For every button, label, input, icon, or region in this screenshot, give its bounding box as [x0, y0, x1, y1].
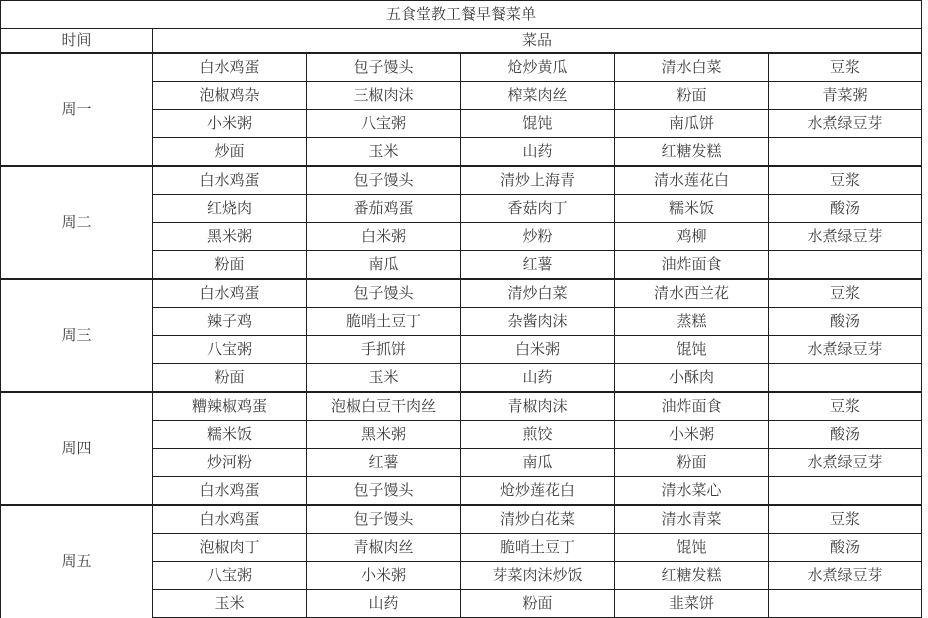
dish-cell: 清水白菜 — [615, 53, 769, 82]
dish-cell: 白米粥 — [307, 223, 461, 251]
dish-cell: 清水菜心 — [615, 477, 769, 506]
header-row: 时间 菜品 — [1, 29, 922, 54]
dish-cell: 山药 — [461, 138, 615, 167]
dish-cell — [769, 590, 922, 618]
dish-cell — [769, 477, 922, 506]
dish-cell: 手抓饼 — [307, 336, 461, 364]
dish-cell: 八宝粥 — [153, 562, 307, 590]
dish-cell: 粉面 — [153, 251, 307, 280]
dish-cell: 小米粥 — [307, 562, 461, 590]
day-label: 周五 — [1, 505, 153, 618]
menu-title: 五食堂教工餐早餐菜单 — [1, 1, 922, 29]
dish-cell: 水煮绿豆芽 — [769, 223, 922, 251]
dish-cell: 白水鸡蛋 — [153, 53, 307, 82]
dish-cell: 白水鸡蛋 — [153, 279, 307, 308]
dish-cell: 番茄鸡蛋 — [307, 195, 461, 223]
dish-cell: 黑米粥 — [307, 421, 461, 449]
dish-cell: 酸汤 — [769, 534, 922, 562]
dish-cell: 清炒白花菜 — [461, 505, 615, 534]
dish-cell: 酸汤 — [769, 421, 922, 449]
dish-cell: 小米粥 — [153, 110, 307, 138]
title-row: 五食堂教工餐早餐菜单 — [1, 1, 922, 29]
time-column-header: 时间 — [1, 29, 153, 54]
day-label: 周二 — [1, 166, 153, 279]
dish-cell: 白水鸡蛋 — [153, 477, 307, 506]
dish-cell: 炒河粉 — [153, 449, 307, 477]
dish-cell: 南瓜饼 — [615, 110, 769, 138]
dish-cell: 豆浆 — [769, 53, 922, 82]
dish-cell: 杂酱肉沫 — [461, 308, 615, 336]
dish-cell: 青椒肉丝 — [307, 534, 461, 562]
dish-cell: 馄饨 — [461, 110, 615, 138]
dish-cell: 白水鸡蛋 — [153, 505, 307, 534]
dish-cell — [769, 138, 922, 167]
day-label: 周一 — [1, 53, 153, 166]
dish-cell: 炝炒黄瓜 — [461, 53, 615, 82]
dish-cell: 红烧肉 — [153, 195, 307, 223]
dish-cell: 蒸糕 — [615, 308, 769, 336]
dish-cell: 炒粉 — [461, 223, 615, 251]
dish-cell: 白水鸡蛋 — [153, 166, 307, 195]
dish-cell: 粉面 — [615, 82, 769, 110]
dish-cell: 包子馒头 — [307, 166, 461, 195]
dish-cell: 玉米 — [307, 364, 461, 393]
dish-cell: 炒面 — [153, 138, 307, 167]
dish-cell: 脆哨土豆丁 — [307, 308, 461, 336]
dish-cell: 豆浆 — [769, 279, 922, 308]
dish-cell: 白米粥 — [461, 336, 615, 364]
dish-cell: 泡椒鸡杂 — [153, 82, 307, 110]
dish-cell: 山药 — [461, 364, 615, 393]
dish-cell: 油炸面食 — [615, 251, 769, 280]
dish-cell: 小米粥 — [615, 421, 769, 449]
dish-cell: 小酥肉 — [615, 364, 769, 393]
dish-cell: 豆浆 — [769, 166, 922, 195]
dish-cell: 泡椒白豆干肉丝 — [307, 392, 461, 421]
dish-cell: 红糖发糕 — [615, 138, 769, 167]
dish-cell — [769, 364, 922, 393]
dish-cell: 泡椒肉丁 — [153, 534, 307, 562]
day-label: 周三 — [1, 279, 153, 392]
dish-cell: 玉米 — [307, 138, 461, 167]
dish-cell: 南瓜 — [307, 251, 461, 280]
dish-cell: 馄饨 — [615, 336, 769, 364]
dish-cell: 酸汤 — [769, 308, 922, 336]
dish-cell: 红糖发糕 — [615, 562, 769, 590]
dish-cell: 豆浆 — [769, 505, 922, 534]
dish-cell: 糟辣椒鸡蛋 — [153, 392, 307, 421]
dish-cell: 青椒肉沫 — [461, 392, 615, 421]
dish-cell: 炝炒莲花白 — [461, 477, 615, 506]
dish-cell: 山药 — [307, 590, 461, 618]
dishes-column-header: 菜品 — [153, 29, 922, 54]
dish-cell: 水煮绿豆芽 — [769, 449, 922, 477]
dish-cell: 榨菜肉丝 — [461, 82, 615, 110]
dish-cell: 玉米 — [153, 590, 307, 618]
dish-cell: 脆哨土豆丁 — [461, 534, 615, 562]
dish-cell: 香菇肉丁 — [461, 195, 615, 223]
dish-cell: 清水青菜 — [615, 505, 769, 534]
table-row: 周三白水鸡蛋包子馒头清炒白菜清水西兰花豆浆 — [1, 279, 922, 308]
dish-cell: 包子馒头 — [307, 279, 461, 308]
table-row: 周一白水鸡蛋包子馒头炝炒黄瓜清水白菜豆浆 — [1, 53, 922, 82]
table-row: 周四糟辣椒鸡蛋泡椒白豆干肉丝青椒肉沫油炸面食豆浆 — [1, 392, 922, 421]
dish-cell: 八宝粥 — [307, 110, 461, 138]
breakfast-menu-table: 五食堂教工餐早餐菜单 时间 菜品 周一白水鸡蛋包子馒头炝炒黄瓜清水白菜豆浆泡椒鸡… — [0, 0, 922, 618]
dish-cell: 豆浆 — [769, 392, 922, 421]
dish-cell: 清炒上海青 — [461, 166, 615, 195]
dish-cell: 糯米饭 — [615, 195, 769, 223]
dish-cell: 煎饺 — [461, 421, 615, 449]
day-label: 周四 — [1, 392, 153, 505]
dish-cell: 红薯 — [307, 449, 461, 477]
dish-cell: 鸡柳 — [615, 223, 769, 251]
dish-cell: 清水西兰花 — [615, 279, 769, 308]
dish-cell: 包子馒头 — [307, 53, 461, 82]
dish-cell: 清水莲花白 — [615, 166, 769, 195]
dish-cell: 黑米粥 — [153, 223, 307, 251]
dish-cell: 包子馒头 — [307, 505, 461, 534]
dish-cell: 八宝粥 — [153, 336, 307, 364]
dish-cell: 青菜粥 — [769, 82, 922, 110]
dish-cell: 清炒白菜 — [461, 279, 615, 308]
menu-table-body: 五食堂教工餐早餐菜单 时间 菜品 周一白水鸡蛋包子馒头炝炒黄瓜清水白菜豆浆泡椒鸡… — [1, 1, 922, 618]
dish-cell: 酸汤 — [769, 195, 922, 223]
dish-cell: 韭菜饼 — [615, 590, 769, 618]
dish-cell — [769, 251, 922, 280]
dish-cell: 油炸面食 — [615, 392, 769, 421]
dish-cell: 糯米饭 — [153, 421, 307, 449]
dish-cell: 包子馒头 — [307, 477, 461, 506]
table-row: 周五白水鸡蛋包子馒头清炒白花菜清水青菜豆浆 — [1, 505, 922, 534]
table-row: 周二白水鸡蛋包子馒头清炒上海青清水莲花白豆浆 — [1, 166, 922, 195]
dish-cell: 粉面 — [615, 449, 769, 477]
dish-cell: 水煮绿豆芽 — [769, 110, 922, 138]
dish-cell: 芽菜肉沫炒饭 — [461, 562, 615, 590]
dish-cell: 水煮绿豆芽 — [769, 336, 922, 364]
dish-cell: 南瓜 — [461, 449, 615, 477]
dish-cell: 三椒肉沫 — [307, 82, 461, 110]
dish-cell: 红薯 — [461, 251, 615, 280]
dish-cell: 辣子鸡 — [153, 308, 307, 336]
dish-cell: 馄饨 — [615, 534, 769, 562]
dish-cell: 粉面 — [153, 364, 307, 393]
dish-cell: 水煮绿豆芽 — [769, 562, 922, 590]
dish-cell: 粉面 — [461, 590, 615, 618]
